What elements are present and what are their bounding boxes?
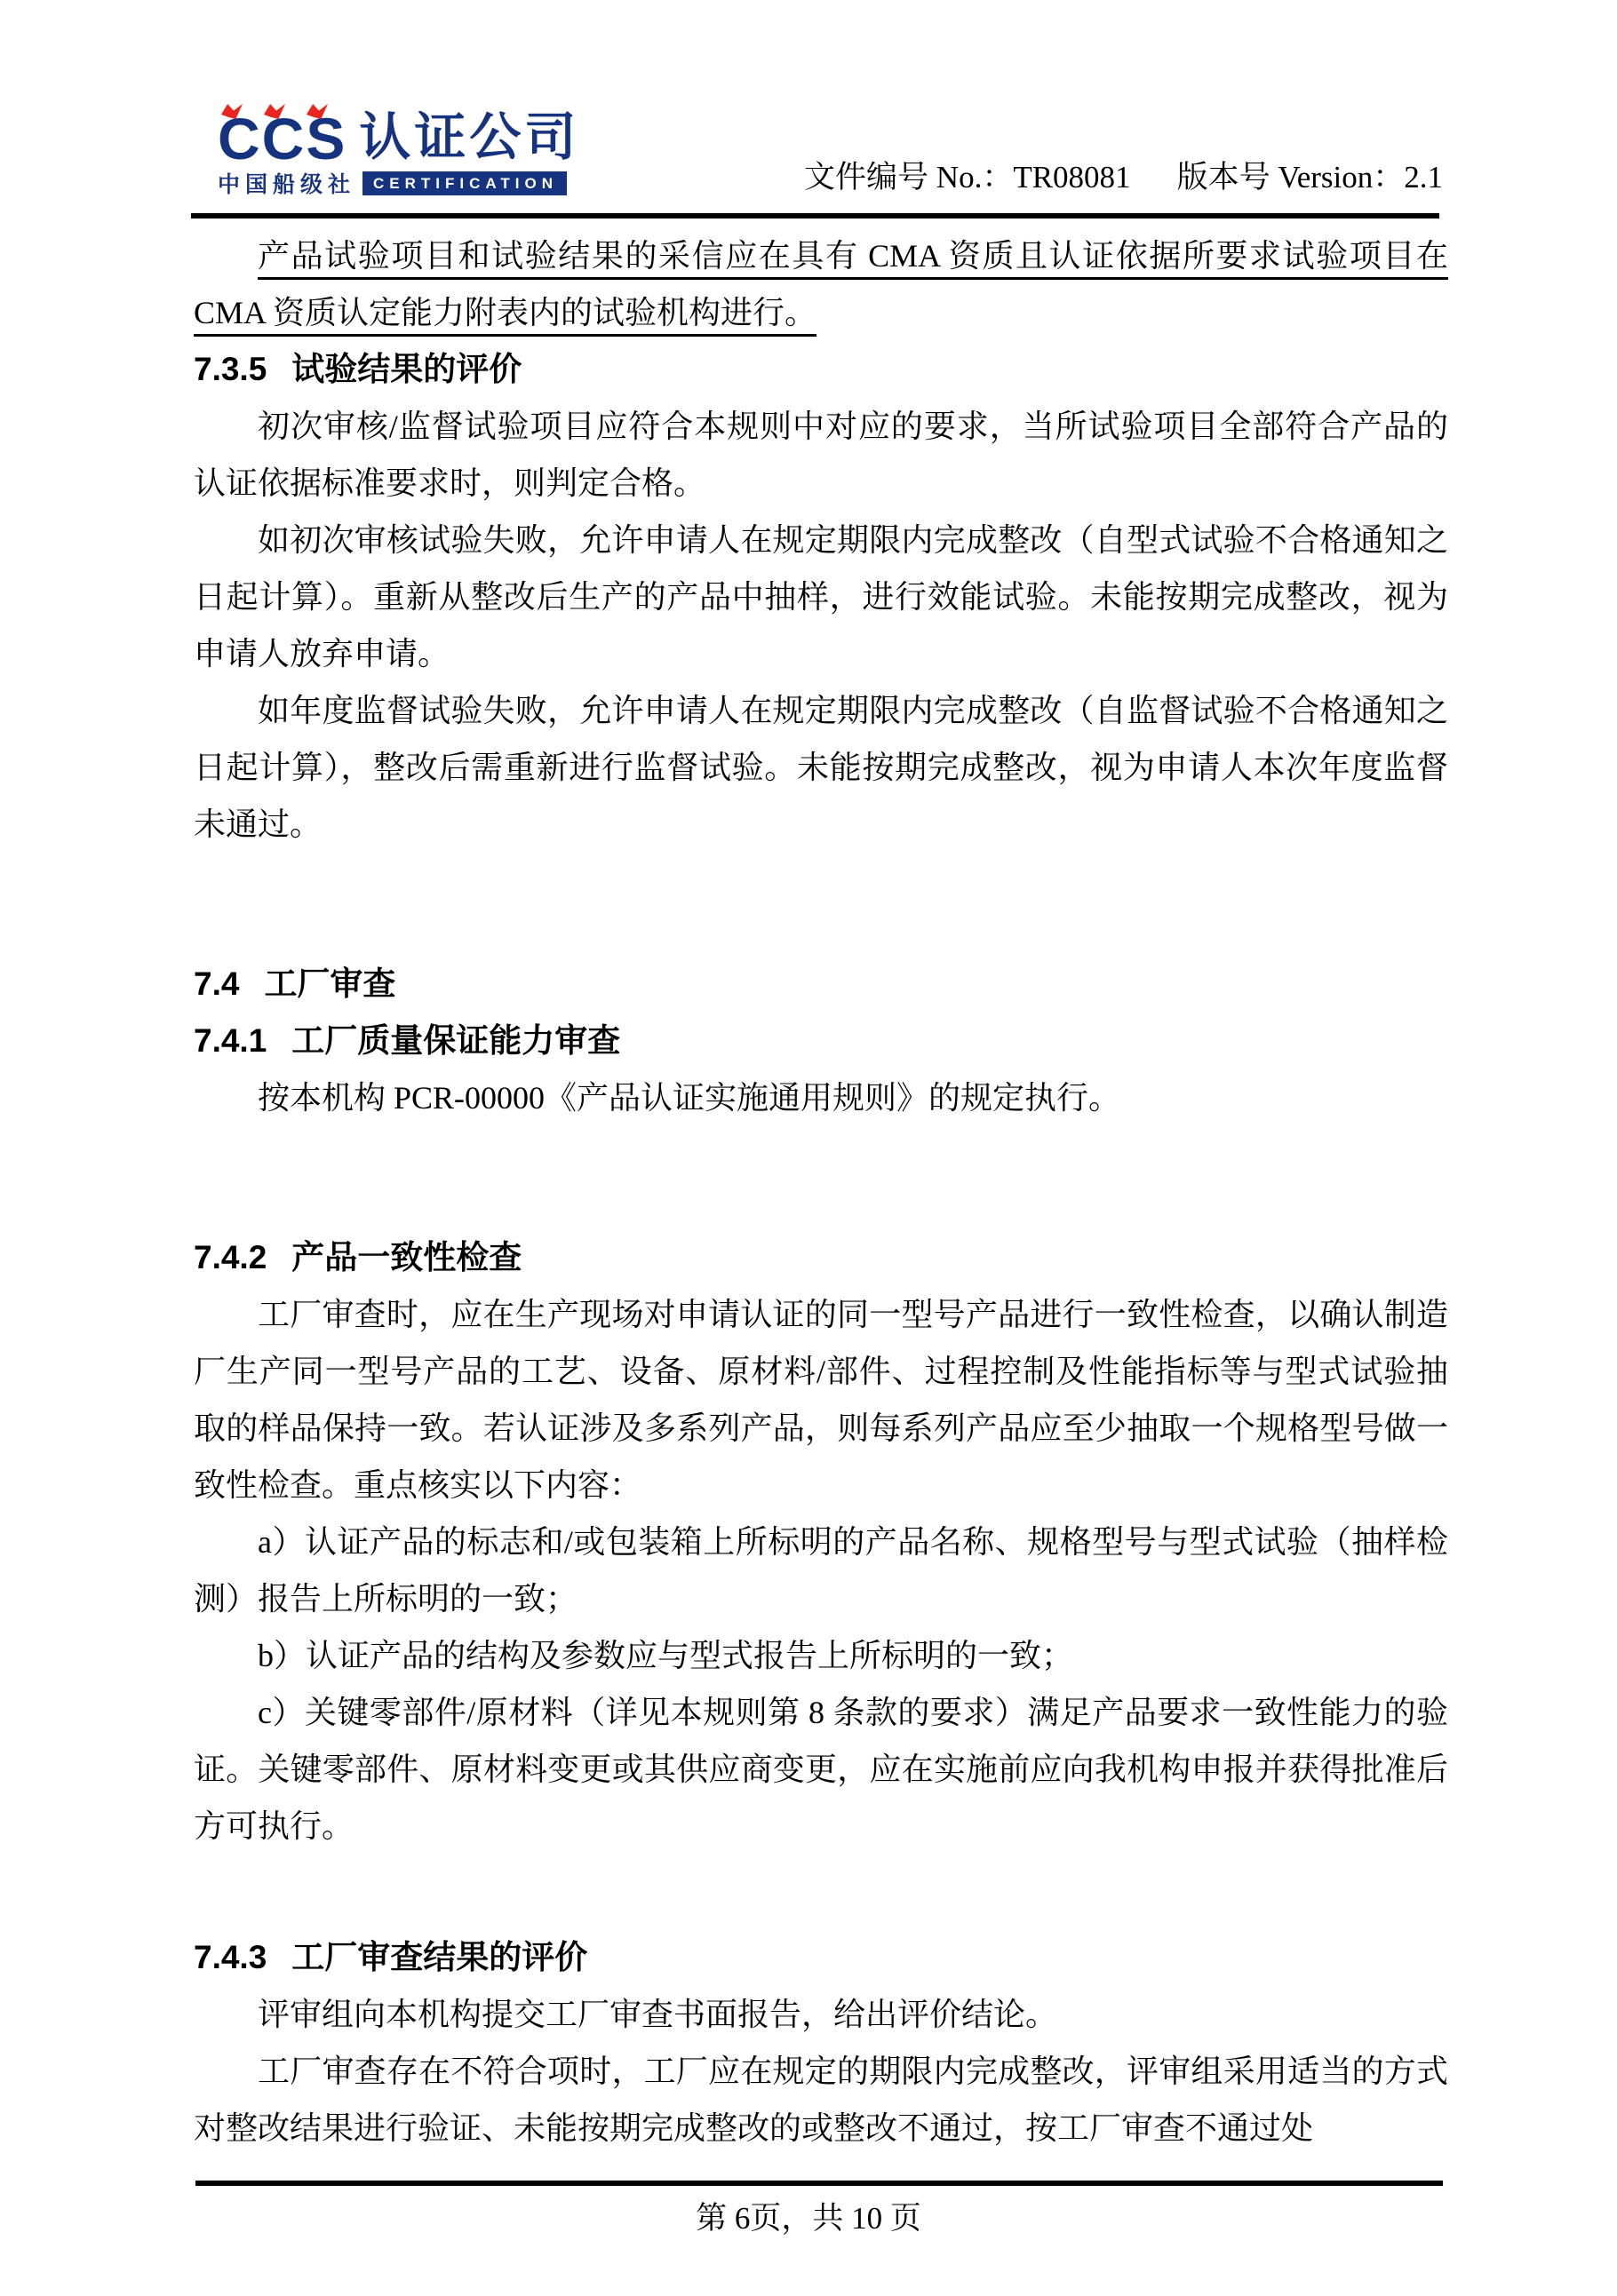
section-number: 7.4 xyxy=(194,965,239,1002)
header-divider xyxy=(191,213,1439,218)
section-title: 工厂审查结果的评价 xyxy=(291,1939,587,1975)
underlined-paragraph: 产品试验项目和试验结果的采信应在具有 CMA 资质且认证依据所要求试验项目在 C… xyxy=(194,227,1448,341)
logo-certification-badge: CERTIFICATION xyxy=(362,171,567,195)
list-item-a: a）认证产品的标志和/或包装箱上所标明的产品名称、规格型号与型式试验（抽样检测）… xyxy=(194,1513,1448,1627)
ccs-logo: CCS 认证公司 中国船级社 CERTIFICATION xyxy=(218,112,579,199)
section-number: 7.4.2 xyxy=(194,1239,267,1275)
paragraph: 工厂审查存在不符合项时，工厂应在规定的期限内完成整改，评审组采用适当的方式对整改… xyxy=(194,2043,1448,2157)
ccs-logo-bottom: 中国船级社 CERTIFICATION xyxy=(218,167,579,199)
footer-divider xyxy=(195,2181,1443,2186)
paragraph: 初次审核/监督试验项目应符合本规则中对应的要求，当所试验项目全部符合产品的认证依… xyxy=(194,398,1448,512)
document-number: 文件编号 No.：TR08081 xyxy=(804,160,1131,195)
document-page: { "header": { "logo": { "ccs": "CCS", "c… xyxy=(0,0,1617,2296)
section-title: 产品一致性检查 xyxy=(291,1239,522,1275)
paragraph: 如初次审核试验失败，允许申请人在规定期限内完成整改（自型式试验不合格通知之日起计… xyxy=(194,512,1448,682)
section-number: 7.3.5 xyxy=(194,351,267,387)
paragraph: 按本机构 PCR-00000《产品认证实施通用规则》的规定执行。 xyxy=(194,1069,1448,1126)
section-heading-7-4-2: 7.4.2产品一致性检查 xyxy=(194,1229,1448,1286)
logo-company-name: 认证公司 xyxy=(359,112,579,163)
section-title: 工厂审查 xyxy=(264,965,395,1002)
section-heading-7-3-5: 7.3.5试验结果的评价 xyxy=(194,341,1448,398)
ccs-logo-top: CCS 认证公司 xyxy=(218,112,579,163)
document-body: 产品试验项目和试验结果的采信应在具有 CMA 资质且认证依据所要求试验项目在 C… xyxy=(194,227,1448,2157)
ccs-logo-text: CCS xyxy=(218,114,346,163)
section-heading-7-4-3: 7.4.3工厂审查结果的评价 xyxy=(194,1929,1448,1986)
section-title: 试验结果的评价 xyxy=(291,351,522,387)
paragraph: 评审组向本机构提交工厂审查书面报告，给出评价结论。 xyxy=(194,1986,1448,2043)
page-header: CCS 认证公司 中国船级社 CERTIFICATION 文件编号 No.：TR… xyxy=(218,112,1443,199)
section-number: 7.4.1 xyxy=(194,1022,267,1059)
page-number: 第 6页，共 10 页 xyxy=(0,2192,1617,2245)
list-item-b: b）认证产品的结构及参数应与型式报告上所标明的一致； xyxy=(194,1627,1448,1684)
section-number: 7.4.3 xyxy=(194,1939,267,1975)
section-title: 工厂质量保证能力审查 xyxy=(291,1022,620,1059)
list-item-c: c）关键零部件/原材料（详见本规则第 8 条款的要求）满足产品要求一致性能力的验… xyxy=(194,1684,1448,1855)
document-meta: 文件编号 No.：TR08081版本号 Version：2.1 xyxy=(804,153,1443,199)
document-version: 版本号 Version：2.1 xyxy=(1177,160,1443,195)
paragraph: 工厂审查时，应在生产现场对申请认证的同一型号产品进行一致性检查，以确认制造厂生产… xyxy=(194,1286,1448,1513)
logo-org-name: 中国船级社 xyxy=(218,167,355,199)
section-heading-7-4: 7.4工厂审查 xyxy=(194,956,1448,1013)
paragraph: 如年度监督试验失败，允许申请人在规定期限内完成整改（自监督试验不合格通知之日起计… xyxy=(194,682,1448,853)
section-heading-7-4-1: 7.4.1工厂质量保证能力审查 xyxy=(194,1013,1448,1069)
